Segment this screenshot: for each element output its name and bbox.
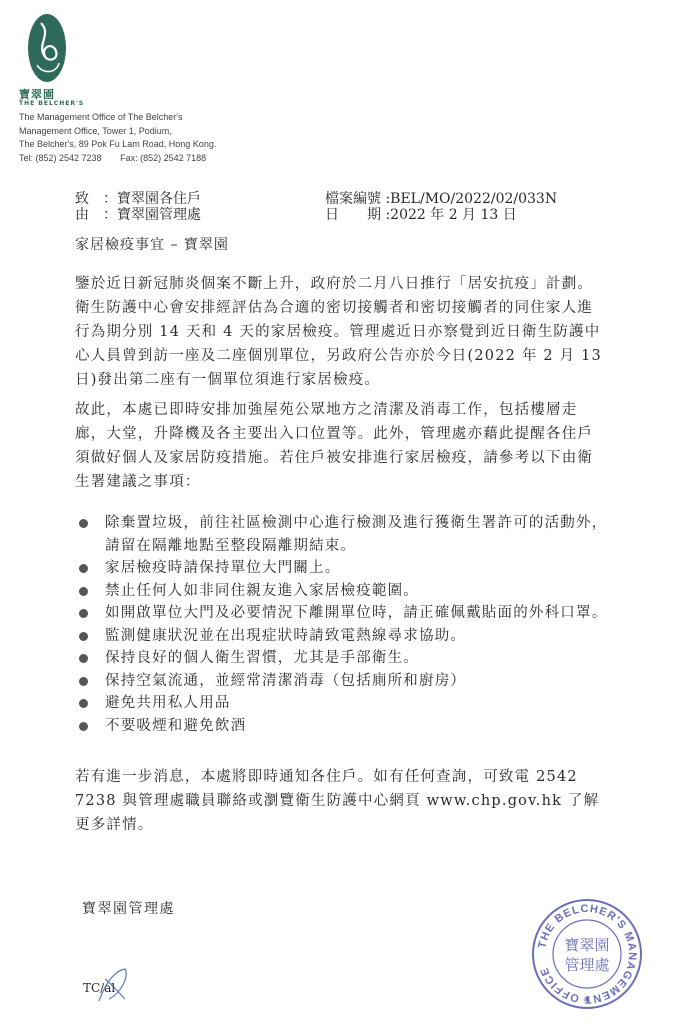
bullet-icon (79, 519, 88, 528)
list-item: 保持良好的個人衛生習慣，尤其是手部衛生。 (75, 647, 615, 670)
list-item: 監測健康狀況並在出現症狀時請致電熱線尋求協助。 (75, 625, 615, 648)
date-value: :2022 年 2 月 13 日 (385, 207, 516, 223)
telephone: Tel: (852) 2542 7238 (19, 153, 102, 163)
from-value: 寶翠園管理處 (117, 207, 201, 223)
bullet-icon (79, 722, 88, 731)
letterhead-address: The Management Office of The Belcher's M… (19, 111, 216, 165)
address-line: The Management Office of The Belcher's (19, 111, 216, 125)
address-line: Management Office, Tower 1, Podium, (19, 125, 216, 139)
svg-text:管理處: 管理處 (564, 956, 609, 974)
to-label: 致 ： (75, 191, 117, 207)
paragraph-intro: 鑒於近日新冠肺炎個案不斷上升，政府於二月八日推行「居安抗疫」計劃。衛生防護中心會… (75, 272, 605, 392)
reference-initials: TC/al (83, 981, 115, 995)
fax: Fax: (852) 2542 7188 (120, 153, 206, 163)
bullet-icon (79, 677, 88, 686)
list-item: 家居檢疫時請保持單位大門關上。 (75, 557, 615, 580)
to-value: 寶翠園各住戶 (117, 191, 201, 207)
bullet-icon (79, 632, 88, 641)
address-line: The Belcher's, 89 Pok Fu Lam Road, Hong … (19, 138, 216, 152)
list-item: 保持空氣流通，並經常清潔消毒（包括廁所和廚房） (75, 670, 615, 693)
date-label: 日 期 (325, 207, 381, 223)
reference-block: 檔案編號 :BEL/MO/2022/02/033N 日 期 :2022 年 2 … (325, 191, 557, 223)
bullet-icon (79, 564, 88, 573)
bullet-icon (79, 699, 88, 708)
office-seal-icon: THE BELCHER'S MANAGEMENT OFFICE 寶翠園 管理處 … (531, 898, 643, 1010)
bullet-icon (79, 654, 88, 663)
paragraph-closing: 若有進一步消息，本處將即時通知各住戶。如有任何查詢，可致電 2542 7238 … (75, 765, 605, 837)
from-label: 由 ： (75, 207, 117, 223)
list-item: 不要吸煙和避免飲酒 (75, 715, 615, 738)
bullet-icon (79, 609, 88, 618)
ref-label: 檔案編號 (325, 191, 381, 207)
notice-subject: 家居檢疫事宜 – 寶翠園 (75, 234, 229, 254)
svg-text:寶翠園: 寶翠園 (564, 936, 609, 954)
contact-line: Tel: (852) 2542 7238 Fax: (852) 2542 718… (19, 152, 216, 166)
belcher-logo-icon (27, 13, 67, 83)
advice-list: 除棄置垃圾，前往社區檢測中心進行檢測及進行獲衛生署許可的活動外，請留在隔離地點至… (75, 512, 615, 737)
ref-value: :BEL/MO/2022/02/033N (385, 191, 557, 207)
brand-name-en: THE BELCHER'S (19, 100, 84, 107)
list-item: 如開啟單位大門及必要情況下離開單位時，請正確佩戴貼面的外科口罩。 (75, 602, 615, 625)
list-item: 避免共用私人用品 (75, 692, 615, 715)
bullet-icon (79, 587, 88, 596)
paragraph-measures: 故此，本處已即時安排加強屋苑公眾地方之清潔及消毒工作，包括樓層走廊，大堂，升降機… (75, 398, 605, 494)
list-item: 除棄置垃圾，前往社區檢測中心進行檢測及進行獲衛生署許可的活動外，請留在隔離地點至… (75, 512, 615, 557)
svg-text:✱: ✱ (584, 995, 591, 1004)
recipient-block: 致 ：寶翠園各住戶 由 ：寶翠園管理處 (75, 191, 201, 223)
signature-office: 寶翠園管理處 (82, 898, 175, 918)
list-item: 禁止任何人如非同住親友進入家居檢疫範圍。 (75, 580, 615, 603)
